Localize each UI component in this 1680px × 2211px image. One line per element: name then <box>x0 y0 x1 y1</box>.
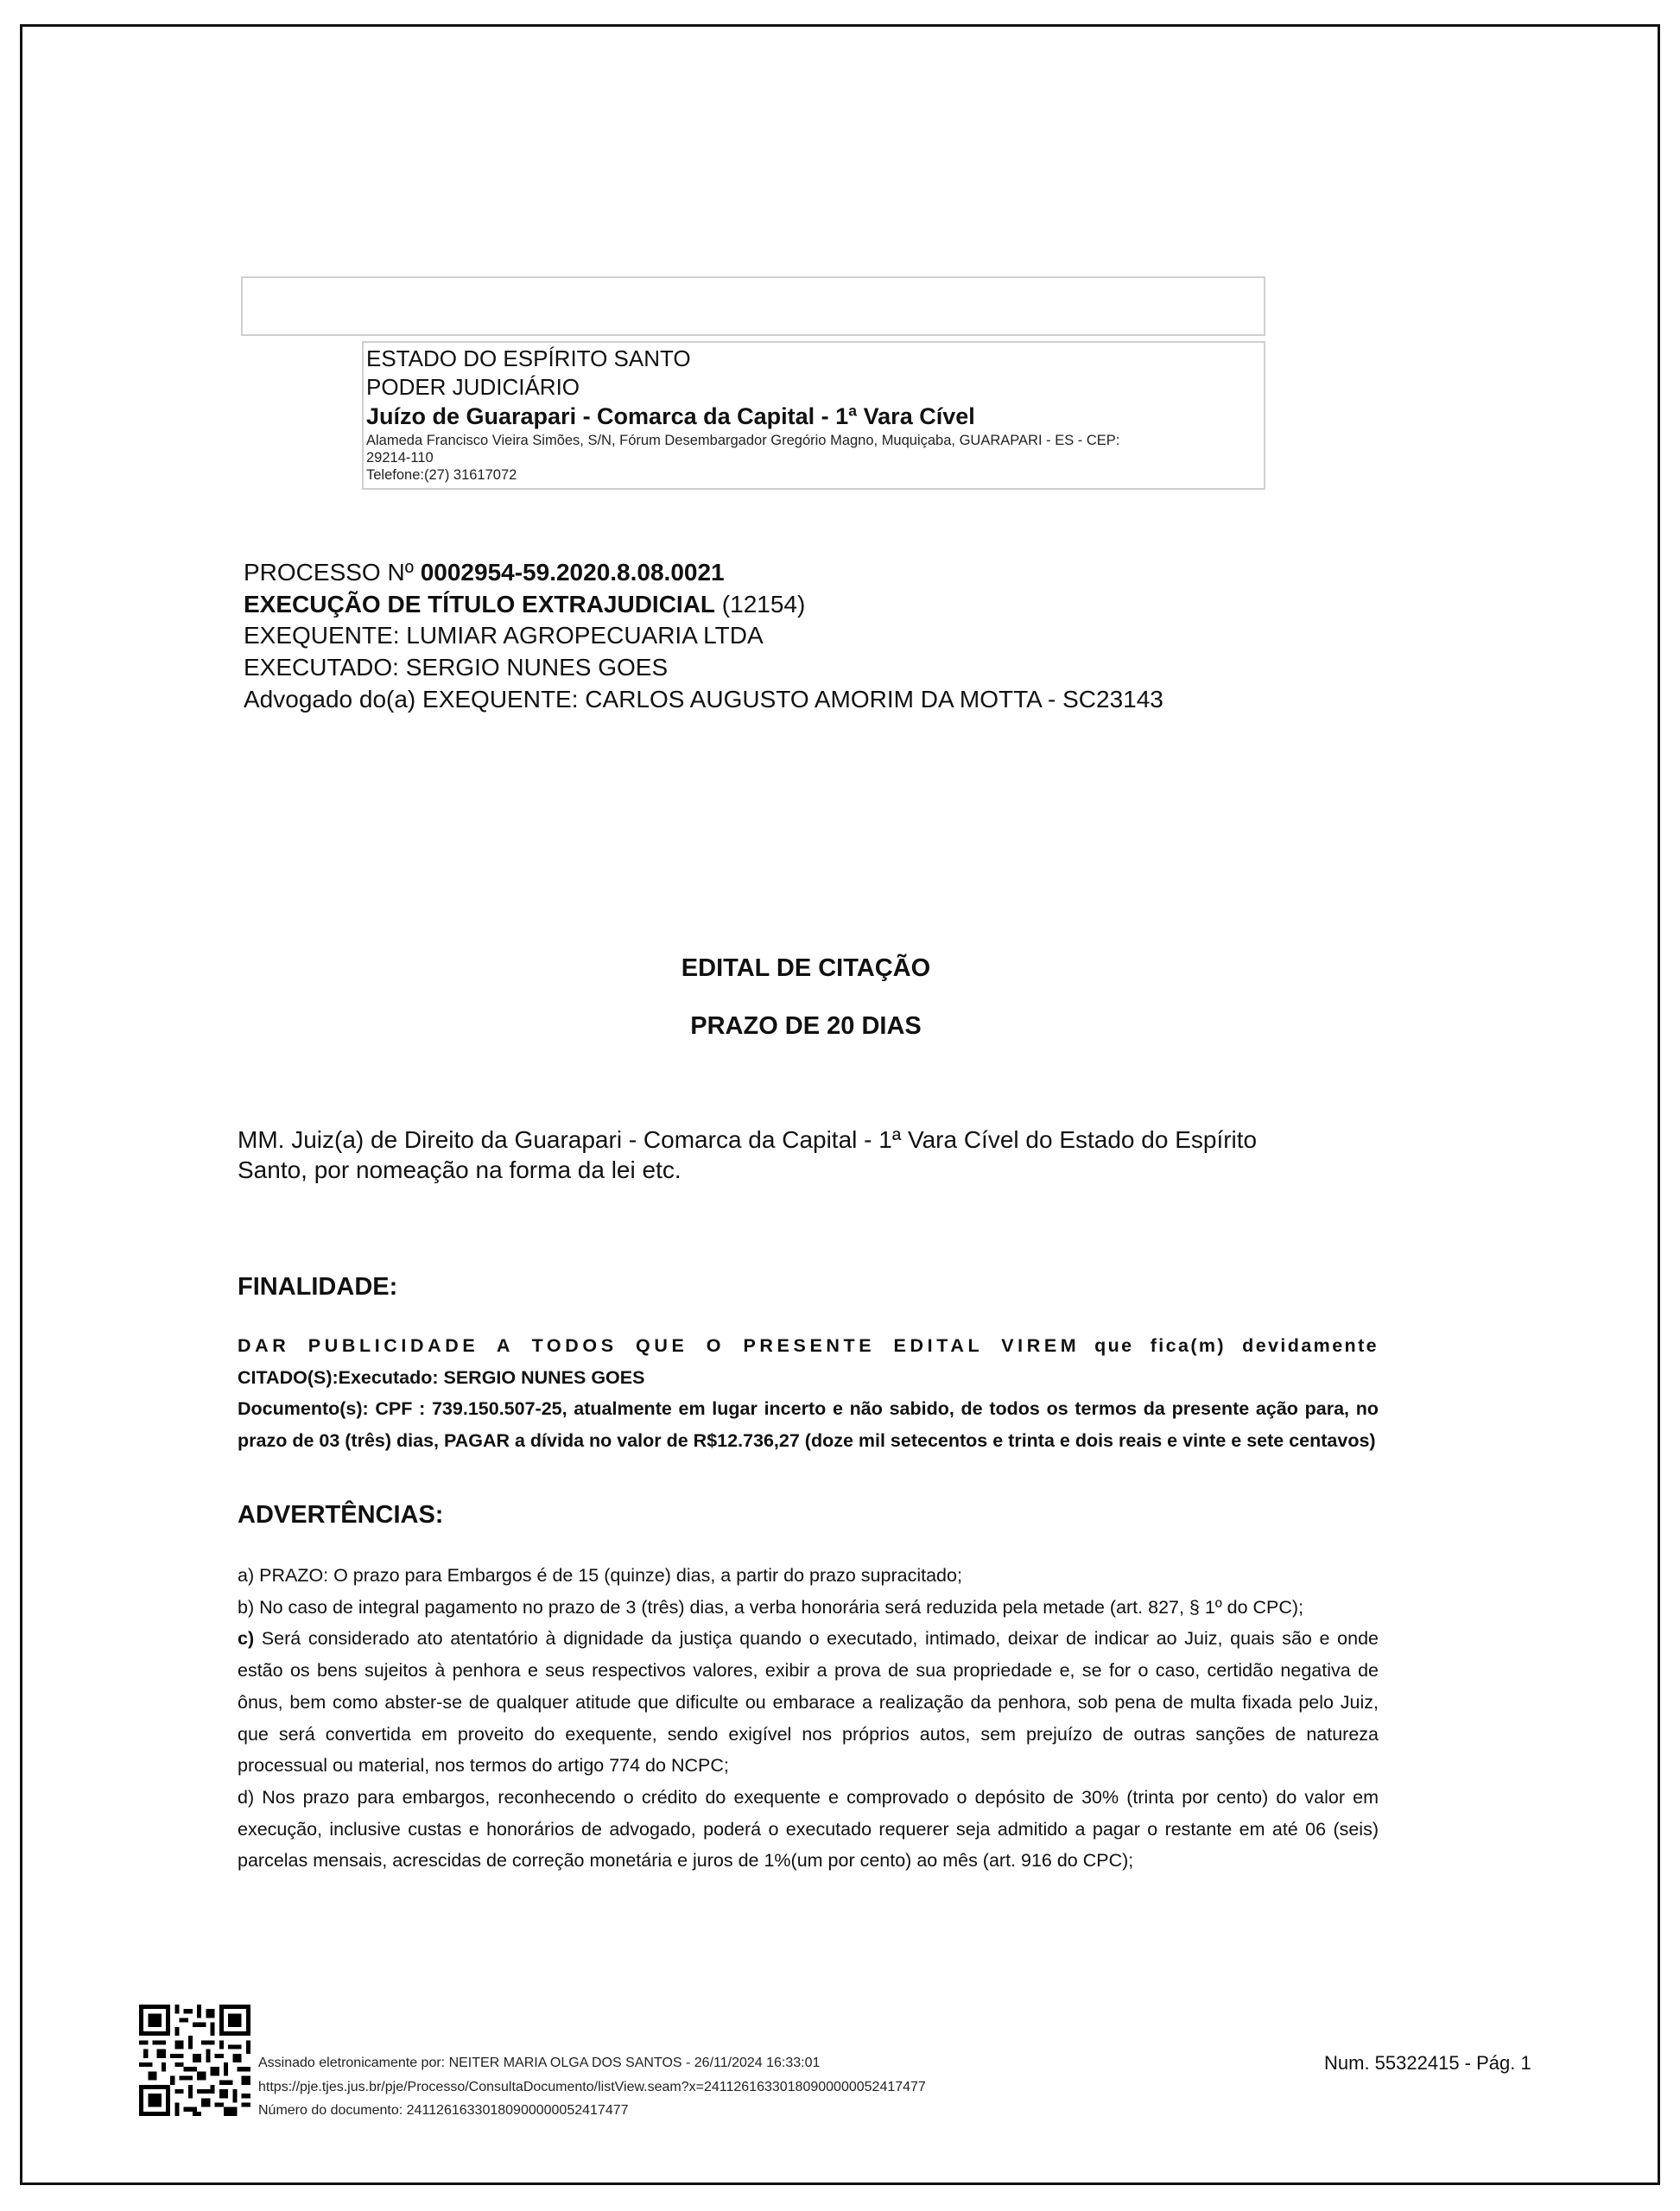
advertencia-item: a) PRAZO: O prazo para Embargos é de 15 … <box>238 1560 1379 1592</box>
advertencia-item: b) No caso de integral pagamento no praz… <box>238 1592 1379 1624</box>
advertencia-item: c) Será considerado ato atentatório à di… <box>238 1623 1379 1782</box>
judicial-branch: PODER JUDICIÁRIO <box>366 373 1264 402</box>
process-line: PROCESSO Nº 0002954-59.2020.8.08.0021 <box>244 557 1163 589</box>
qr-code-icon <box>139 2005 250 2116</box>
advertencias-list: a) PRAZO: O prazo para Embargos é de 15 … <box>238 1560 1379 1877</box>
signed-by: Assinado eletronicamente por: NEITER MAR… <box>258 2051 926 2075</box>
deadline-title: PRAZO DE 20 DIAS <box>0 1012 1612 1041</box>
page-number: Num. 55322415 - Pág. 1 <box>1324 2052 1531 2075</box>
state-name: ESTADO DO ESPÍRITO SANTO <box>366 345 1264 373</box>
court-address: Alameda Francisco Vieira Simões, S/N, Fó… <box>366 432 1264 449</box>
case-class: EXECUÇÃO DE TÍTULO EXTRAJUDICIAL (12154) <box>244 589 1163 621</box>
finalidade-body: DAR PUBLICIDADE A TODOS QUE O PRESENTE E… <box>238 1330 1379 1457</box>
court-header: ESTADO DO ESPÍRITO SANTO PODER JUDICIÁRI… <box>362 341 1265 490</box>
case-info: PROCESSO Nº 0002954-59.2020.8.08.0021 EX… <box>244 557 1163 716</box>
court-name: Juízo de Guarapari - Comarca da Capital … <box>366 402 1264 432</box>
advertencia-item: d) Nos prazo para embargos, reconhecendo… <box>238 1782 1379 1877</box>
defendant: EXECUTADO: SERGIO NUNES GOES <box>244 652 1163 684</box>
signature-info: Assinado eletronicamente por: NEITER MAR… <box>258 2051 926 2123</box>
plaintiff: EXEQUENTE: LUMIAR AGROPECUARIA LTDA <box>244 620 1163 652</box>
finalidade-heading: FINALIDADE: <box>238 1273 397 1302</box>
document-number: Número do documento: 2411261633018090000… <box>258 2099 926 2123</box>
court-phone: Telefone:(27) 31617072 <box>366 466 1264 484</box>
document-title: EDITAL DE CITAÇÃO <box>0 954 1612 983</box>
advertencias-heading: ADVERTÊNCIAS: <box>238 1501 443 1530</box>
lawyer: Advogado do(a) EXEQUENTE: CARLOS AUGUSTO… <box>244 684 1163 716</box>
court-zip: 29214-110 <box>366 449 1264 466</box>
header-logo-placeholder <box>241 276 1265 336</box>
verification-url[interactable]: https://pje.tjes.jus.br/pje/Processo/Con… <box>258 2075 926 2100</box>
intro-paragraph: MM. Juiz(a) de Direito da Guarapari - Co… <box>238 1125 1378 1185</box>
process-number: 0002954-59.2020.8.08.0021 <box>421 559 725 586</box>
